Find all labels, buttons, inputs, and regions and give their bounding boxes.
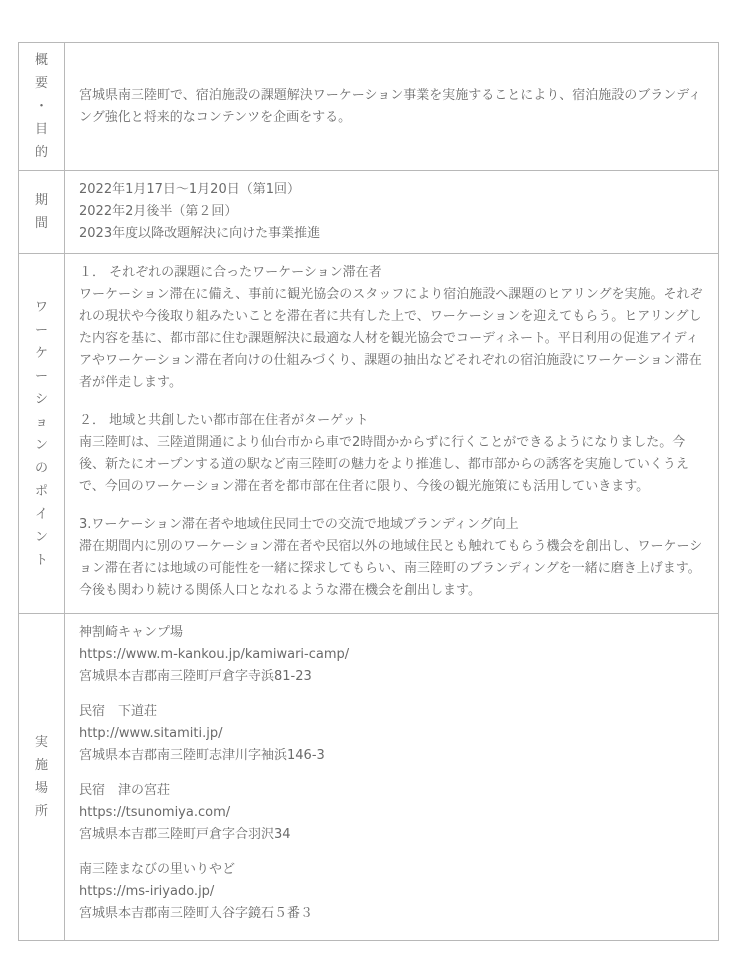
location-1-address: 宮城県本吉郡南三陸町戸倉字寺浜81-23 bbox=[79, 666, 704, 688]
period-label: 期間 bbox=[35, 189, 49, 235]
location-4-address: 宮城県本吉郡南三陸町入谷字鏡石５番３ bbox=[79, 903, 704, 925]
location-2-name: 民宿 下道荘 bbox=[79, 701, 704, 723]
locations-content: 神割崎キャンプ場 https://www.m-kankou.jp/kamiwar… bbox=[65, 614, 719, 941]
point-2-heading: ２． 地域と共創したい都市部在住者がターゲット bbox=[79, 410, 704, 432]
row-label-cell: 概要・目的 bbox=[19, 43, 65, 171]
location-2-url: http://www.sitamiti.jp/ bbox=[79, 723, 704, 745]
overview-purpose-label: 概要・目的 bbox=[35, 49, 49, 164]
location-3-url: https://tsunomiya.com/ bbox=[79, 802, 704, 824]
press-release-info-page: 概要・目的 宮城県南三陸町で、宿泊施設の課題解決ワーケーション事業を実施すること… bbox=[0, 0, 740, 967]
overview-purpose-text: 宮城県南三陸町で、宿泊施設の課題解決ワーケーション事業を実施することにより、宿泊… bbox=[79, 85, 704, 129]
location-4-name: 南三陸まなびの里いりやど bbox=[79, 859, 704, 881]
point-3-body: 滞在期間内に別のワーケーション滞在者や民宿以外の地域住民とも触れてもらう機会を創… bbox=[79, 536, 704, 602]
period-line-1: 2022年1月17日〜1月20日（第1回） bbox=[79, 179, 704, 201]
workation-points-content: １． それぞれの課題に合ったワーケーション滞在者 ワーケーション滞在に備え、事前… bbox=[65, 254, 719, 614]
location-4: 南三陸まなびの里いりやど https://ms-iriyado.jp/ 宮城県本… bbox=[79, 859, 704, 925]
location-1-url: https://www.m-kankou.jp/kamiwari-camp/ bbox=[79, 644, 704, 666]
workation-points-label: ワーケーションのポイント bbox=[35, 296, 49, 572]
point-3: 3.ワーケーション滞在者や地域住民同士での交流で地域ブランディング向上 滞在期間… bbox=[79, 514, 704, 602]
period-line-2: 2022年2月後半（第２回） bbox=[79, 201, 704, 223]
overview-purpose-content: 宮城県南三陸町で、宿泊施設の課題解決ワーケーション事業を実施することにより、宿泊… bbox=[65, 43, 719, 171]
location-3: 民宿 津の宮荘 https://tsunomiya.com/ 宮城県本吉郡三陸町… bbox=[79, 780, 704, 846]
location-1-name: 神割崎キャンプ場 bbox=[79, 622, 704, 644]
row-label-cell: 期間 bbox=[19, 171, 65, 254]
location-4-url: https://ms-iriyado.jp/ bbox=[79, 881, 704, 903]
period-content: 2022年1月17日〜1月20日（第1回） 2022年2月後半（第２回） 202… bbox=[65, 171, 719, 254]
location-3-address: 宮城県本吉郡三陸町戸倉字合羽沢34 bbox=[79, 824, 704, 846]
point-1: １． それぞれの課題に合ったワーケーション滞在者 ワーケーション滞在に備え、事前… bbox=[79, 262, 704, 394]
point-3-heading: 3.ワーケーション滞在者や地域住民同士での交流で地域ブランディング向上 bbox=[79, 514, 704, 536]
row-locations: 実施場所 神割崎キャンプ場 https://www.m-kankou.jp/ka… bbox=[19, 614, 719, 941]
location-2: 民宿 下道荘 http://www.sitamiti.jp/ 宮城県本吉郡南三陸… bbox=[79, 701, 704, 767]
location-3-name: 民宿 津の宮荘 bbox=[79, 780, 704, 802]
row-label-cell: ワーケーションのポイント bbox=[19, 254, 65, 614]
location-2-address: 宮城県本吉郡南三陸町志津川字袖浜146-3 bbox=[79, 745, 704, 767]
point-1-heading: １． それぞれの課題に合ったワーケーション滞在者 bbox=[79, 262, 704, 284]
row-workation-points: ワーケーションのポイント １． それぞれの課題に合ったワーケーション滞在者 ワー… bbox=[19, 254, 719, 614]
point-2: ２． 地域と共創したい都市部在住者がターゲット 南三陸町は、三陸道開通により仙台… bbox=[79, 410, 704, 498]
row-label-cell: 実施場所 bbox=[19, 614, 65, 941]
point-2-body: 南三陸町は、三陸道開通により仙台市から車で2時間かからずに行くことができるように… bbox=[79, 432, 704, 498]
location-1: 神割崎キャンプ場 https://www.m-kankou.jp/kamiwar… bbox=[79, 622, 704, 688]
period-line-3: 2023年度以降改題解決に向けた事業推進 bbox=[79, 223, 704, 245]
locations-label: 実施場所 bbox=[35, 731, 49, 823]
row-period: 期間 2022年1月17日〜1月20日（第1回） 2022年2月後半（第２回） … bbox=[19, 171, 719, 254]
row-overview-purpose: 概要・目的 宮城県南三陸町で、宿泊施設の課題解決ワーケーション事業を実施すること… bbox=[19, 43, 719, 171]
point-1-body: ワーケーション滞在に備え、事前に観光協会のスタッフにより宿泊施設へ課題のヒアリン… bbox=[79, 284, 704, 394]
info-table: 概要・目的 宮城県南三陸町で、宿泊施設の課題解決ワーケーション事業を実施すること… bbox=[18, 42, 719, 941]
